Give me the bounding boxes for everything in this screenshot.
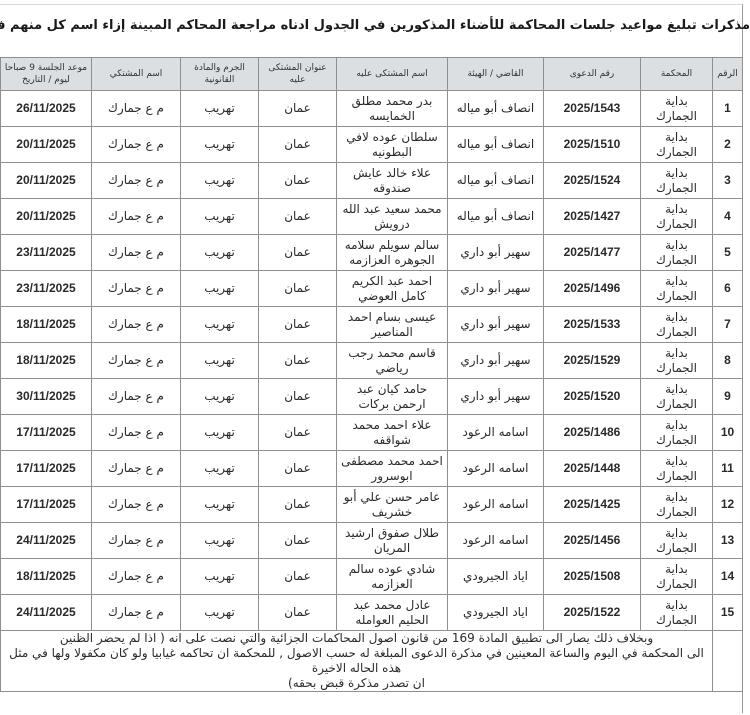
session-date: 24/11/2025 (1, 595, 92, 631)
defendant-address: عمان (259, 91, 337, 127)
court-name: بداية الجمارك (641, 271, 713, 307)
defendant-address: عمان (259, 379, 337, 415)
session-date: 23/11/2025 (1, 271, 92, 307)
judge-name: اسامه الرعود (448, 415, 544, 451)
defendant-name: احمد محمد مصطفى ابوسرور (337, 451, 448, 487)
case-number: 2025/1522 (544, 595, 641, 631)
court-name: بداية الجمارك (641, 343, 713, 379)
row-index: 14 (713, 559, 743, 595)
session-date: 18/11/2025 (1, 307, 92, 343)
charge: تهريب (181, 163, 259, 199)
case-number: 2025/1524 (544, 163, 641, 199)
case-number: 2025/1510 (544, 127, 641, 163)
legal-notice-line-3: ان تصدر مذكرة قبض بحقه) (3, 676, 710, 691)
session-date: 30/11/2025 (1, 379, 92, 415)
table-row: 2بداية الجمارك2025/1510انصاف أبو ميالهسل… (1, 127, 743, 163)
charge: تهريب (181, 307, 259, 343)
table-row: 4بداية الجمارك2025/1427انصاف أبو ميالهمح… (1, 199, 743, 235)
charge: تهريب (181, 199, 259, 235)
table-row: 15بداية الجمارك2025/1522اياد الجيروديعاد… (1, 595, 743, 631)
header-court: المحكمة (641, 58, 713, 91)
session-date: 20/11/2025 (1, 199, 92, 235)
row-index: 2 (713, 127, 743, 163)
defendant-name: قاسم محمد رجب رياضي (337, 343, 448, 379)
case-number: 2025/1529 (544, 343, 641, 379)
header-session-date: موعد الجلسة 9 صباحا ليوم / التاريخ (1, 58, 92, 91)
table-row: 11بداية الجمارك2025/1448اسامه الرعوداحمد… (1, 451, 743, 487)
case-number: 2025/1533 (544, 307, 641, 343)
charge: تهريب (181, 127, 259, 163)
header-charge: الجرم والمادة القانونية (181, 58, 259, 91)
case-number: 2025/1520 (544, 379, 641, 415)
case-number: 2025/1425 (544, 487, 641, 523)
defendant-name: عيسى بسام احمد المناصير (337, 307, 448, 343)
defendant-name: عادل محمد عبد الحليم العوامله (337, 595, 448, 631)
plaintiff-name: م ع جمارك (92, 127, 181, 163)
charge: تهريب (181, 415, 259, 451)
header-index: الرقم (713, 58, 743, 91)
row-index: 9 (713, 379, 743, 415)
row-index: 1 (713, 91, 743, 127)
defendant-address: عمان (259, 415, 337, 451)
session-date: 20/11/2025 (1, 163, 92, 199)
judge-name: سهير أبو داري (448, 343, 544, 379)
table-row: 13بداية الجمارك2025/1456اسامه الرعودطلال… (1, 523, 743, 559)
session-date: 18/11/2025 (1, 343, 92, 379)
table-row: 7بداية الجمارك2025/1533سهير أبو داريعيسى… (1, 307, 743, 343)
case-number: 2025/1477 (544, 235, 641, 271)
case-number: 2025/1508 (544, 559, 641, 595)
legal-notice-line-1: وبخلاف ذلك يصار الى تطبيق المادة 169 من … (3, 631, 710, 646)
charge: تهريب (181, 523, 259, 559)
session-date: 17/11/2025 (1, 487, 92, 523)
row-index: 3 (713, 163, 743, 199)
judge-name: سهير أبو داري (448, 379, 544, 415)
defendant-name: طلال صفوق ارشيد المريان (337, 523, 448, 559)
court-name: بداية الجمارك (641, 379, 713, 415)
row-index: 15 (713, 595, 743, 631)
judge-name: اسامه الرعود (448, 487, 544, 523)
table-row: 5بداية الجمارك2025/1477سهير أبو داريسالم… (1, 235, 743, 271)
defendant-address: عمان (259, 163, 337, 199)
row-index: 6 (713, 271, 743, 307)
plaintiff-name: م ع جمارك (92, 451, 181, 487)
document-title: مذكرات تبليغ مواعيد جلسات المحاكمة للأضن… (0, 18, 750, 33)
defendant-address: عمان (259, 235, 337, 271)
table-row: 12بداية الجمارك2025/1425اسامه الرعودعامر… (1, 487, 743, 523)
plaintiff-name: م ع جمارك (92, 343, 181, 379)
charge: تهريب (181, 595, 259, 631)
table-row: 3بداية الجمارك2025/1524انصاف أبو ميالهعل… (1, 163, 743, 199)
defendant-address: عمان (259, 271, 337, 307)
table-row: 6بداية الجمارك2025/1496سهير أبو دارياحمد… (1, 271, 743, 307)
defendant-name: احمد عبد الكريم كامل العوضي (337, 271, 448, 307)
judge-name: سهير أبو داري (448, 271, 544, 307)
row-index: 12 (713, 487, 743, 523)
court-name: بداية الجمارك (641, 91, 713, 127)
court-name: بداية الجمارك (641, 163, 713, 199)
plaintiff-name: م ع جمارك (92, 595, 181, 631)
plaintiff-name: م ع جمارك (92, 163, 181, 199)
defendant-name: سلطان عوده لافي البطونيه (337, 127, 448, 163)
defendant-name: عامر حسن علي أبو خشريف (337, 487, 448, 523)
defendant-name: شادي عوده سالم العزازمه (337, 559, 448, 595)
plaintiff-name: م ع جمارك (92, 523, 181, 559)
case-number: 2025/1448 (544, 451, 641, 487)
judge-name: اسامه الرعود (448, 451, 544, 487)
header-case-number: رقم الدعوى (544, 58, 641, 91)
court-name: بداية الجمارك (641, 235, 713, 271)
row-index: 5 (713, 235, 743, 271)
court-name: بداية الجمارك (641, 487, 713, 523)
case-number: 2025/1496 (544, 271, 641, 307)
plaintiff-name: م ع جمارك (92, 307, 181, 343)
court-name: بداية الجمارك (641, 127, 713, 163)
judge-name: اياد الجيرودي (448, 559, 544, 595)
header-defendant-address: عنوان المشتكى عليه (259, 58, 337, 91)
defendant-address: عمان (259, 559, 337, 595)
session-date: 26/11/2025 (1, 91, 92, 127)
plaintiff-name: م ع جمارك (92, 559, 181, 595)
case-number: 2025/1543 (544, 91, 641, 127)
judge-name: انصاف أبو مياله (448, 91, 544, 127)
court-name: بداية الجمارك (641, 451, 713, 487)
header-plaintiff: اسم المشتكي (92, 58, 181, 91)
case-number: 2025/1427 (544, 199, 641, 235)
plaintiff-name: م ع جمارك (92, 415, 181, 451)
court-name: بداية الجمارك (641, 523, 713, 559)
session-date: 24/11/2025 (1, 523, 92, 559)
judge-name: سهير أبو داري (448, 235, 544, 271)
charge: تهريب (181, 271, 259, 307)
plaintiff-name: م ع جمارك (92, 91, 181, 127)
legal-notice-line-2: الى المحكمة في اليوم والساعة المعينين في… (3, 646, 710, 676)
table-row: 8بداية الجمارك2025/1529سهير أبو داريقاسم… (1, 343, 743, 379)
defendant-name: محمد سعيد عبد الله درويش (337, 199, 448, 235)
plaintiff-name: م ع جمارك (92, 271, 181, 307)
defendant-address: عمان (259, 199, 337, 235)
judge-name: انصاف أبو مياله (448, 163, 544, 199)
charge: تهريب (181, 343, 259, 379)
charge: تهريب (181, 451, 259, 487)
defendant-address: عمان (259, 451, 337, 487)
defendant-address: عمان (259, 487, 337, 523)
defendant-name: سالم سويلم سلامه الجوهره العزازمه (337, 235, 448, 271)
judge-name: اسامه الرعود (448, 523, 544, 559)
defendant-address: عمان (259, 595, 337, 631)
judge-name: سهير أبو داري (448, 307, 544, 343)
judge-name: اياد الجيرودي (448, 595, 544, 631)
header-defendant-name: اسم المشتكى عليه (337, 58, 448, 91)
row-index: 11 (713, 451, 743, 487)
row-index: 8 (713, 343, 743, 379)
row-index: 7 (713, 307, 743, 343)
plaintiff-name: م ع جمارك (92, 487, 181, 523)
case-number: 2025/1456 (544, 523, 641, 559)
table-row: 1بداية الجمارك2025/1543انصاف أبو ميالهبد… (1, 91, 743, 127)
charge: تهريب (181, 487, 259, 523)
charge: تهريب (181, 559, 259, 595)
charge: تهريب (181, 235, 259, 271)
session-date: 17/11/2025 (1, 451, 92, 487)
row-index: 10 (713, 415, 743, 451)
defendant-name: علاء احمد محمد شواقفه (337, 415, 448, 451)
plaintiff-name: م ع جمارك (92, 199, 181, 235)
footer-blank-cell (713, 631, 743, 692)
court-name: بداية الجمارك (641, 415, 713, 451)
case-number: 2025/1486 (544, 415, 641, 451)
legal-notice: وبخلاف ذلك يصار الى تطبيق المادة 169 من … (1, 631, 713, 692)
table-row: 14بداية الجمارك2025/1508اياد الجيروديشاد… (1, 559, 743, 595)
court-name: بداية الجمارك (641, 199, 713, 235)
footer-row: وبخلاف ذلك يصار الى تطبيق المادة 169 من … (1, 631, 743, 692)
judge-name: انصاف أبو مياله (448, 127, 544, 163)
row-index: 13 (713, 523, 743, 559)
defendant-address: عمان (259, 523, 337, 559)
defendant-name: علاء خالد عايش صندوقه (337, 163, 448, 199)
plaintiff-name: م ع جمارك (92, 379, 181, 415)
session-date: 23/11/2025 (1, 235, 92, 271)
session-date: 17/11/2025 (1, 415, 92, 451)
session-date: 20/11/2025 (1, 127, 92, 163)
table-row: 9بداية الجمارك2025/1520سهير أبو داريحامد… (1, 379, 743, 415)
defendant-address: عمان (259, 343, 337, 379)
court-name: بداية الجمارك (641, 559, 713, 595)
header-judge: القاضي / الهيئة (448, 58, 544, 91)
row-index: 4 (713, 199, 743, 235)
defendant-name: بدر محمد مطلق الخمايسه (337, 91, 448, 127)
defendant-address: عمان (259, 307, 337, 343)
court-sessions-table: الرقم المحكمة رقم الدعوى القاضي / الهيئة… (0, 57, 743, 692)
judge-name: انصاف أبو مياله (448, 199, 544, 235)
court-name: بداية الجمارك (641, 307, 713, 343)
table-row: 10بداية الجمارك2025/1486اسامه الرعودعلاء… (1, 415, 743, 451)
defendant-address: عمان (259, 127, 337, 163)
court-name: بداية الجمارك (641, 595, 713, 631)
session-date: 18/11/2025 (1, 559, 92, 595)
plaintiff-name: م ع جمارك (92, 235, 181, 271)
charge: تهريب (181, 379, 259, 415)
defendant-name: حامد كيان عبد ارحمن بركات (337, 379, 448, 415)
charge: تهريب (181, 91, 259, 127)
table-header-row: الرقم المحكمة رقم الدعوى القاضي / الهيئة… (1, 58, 743, 91)
